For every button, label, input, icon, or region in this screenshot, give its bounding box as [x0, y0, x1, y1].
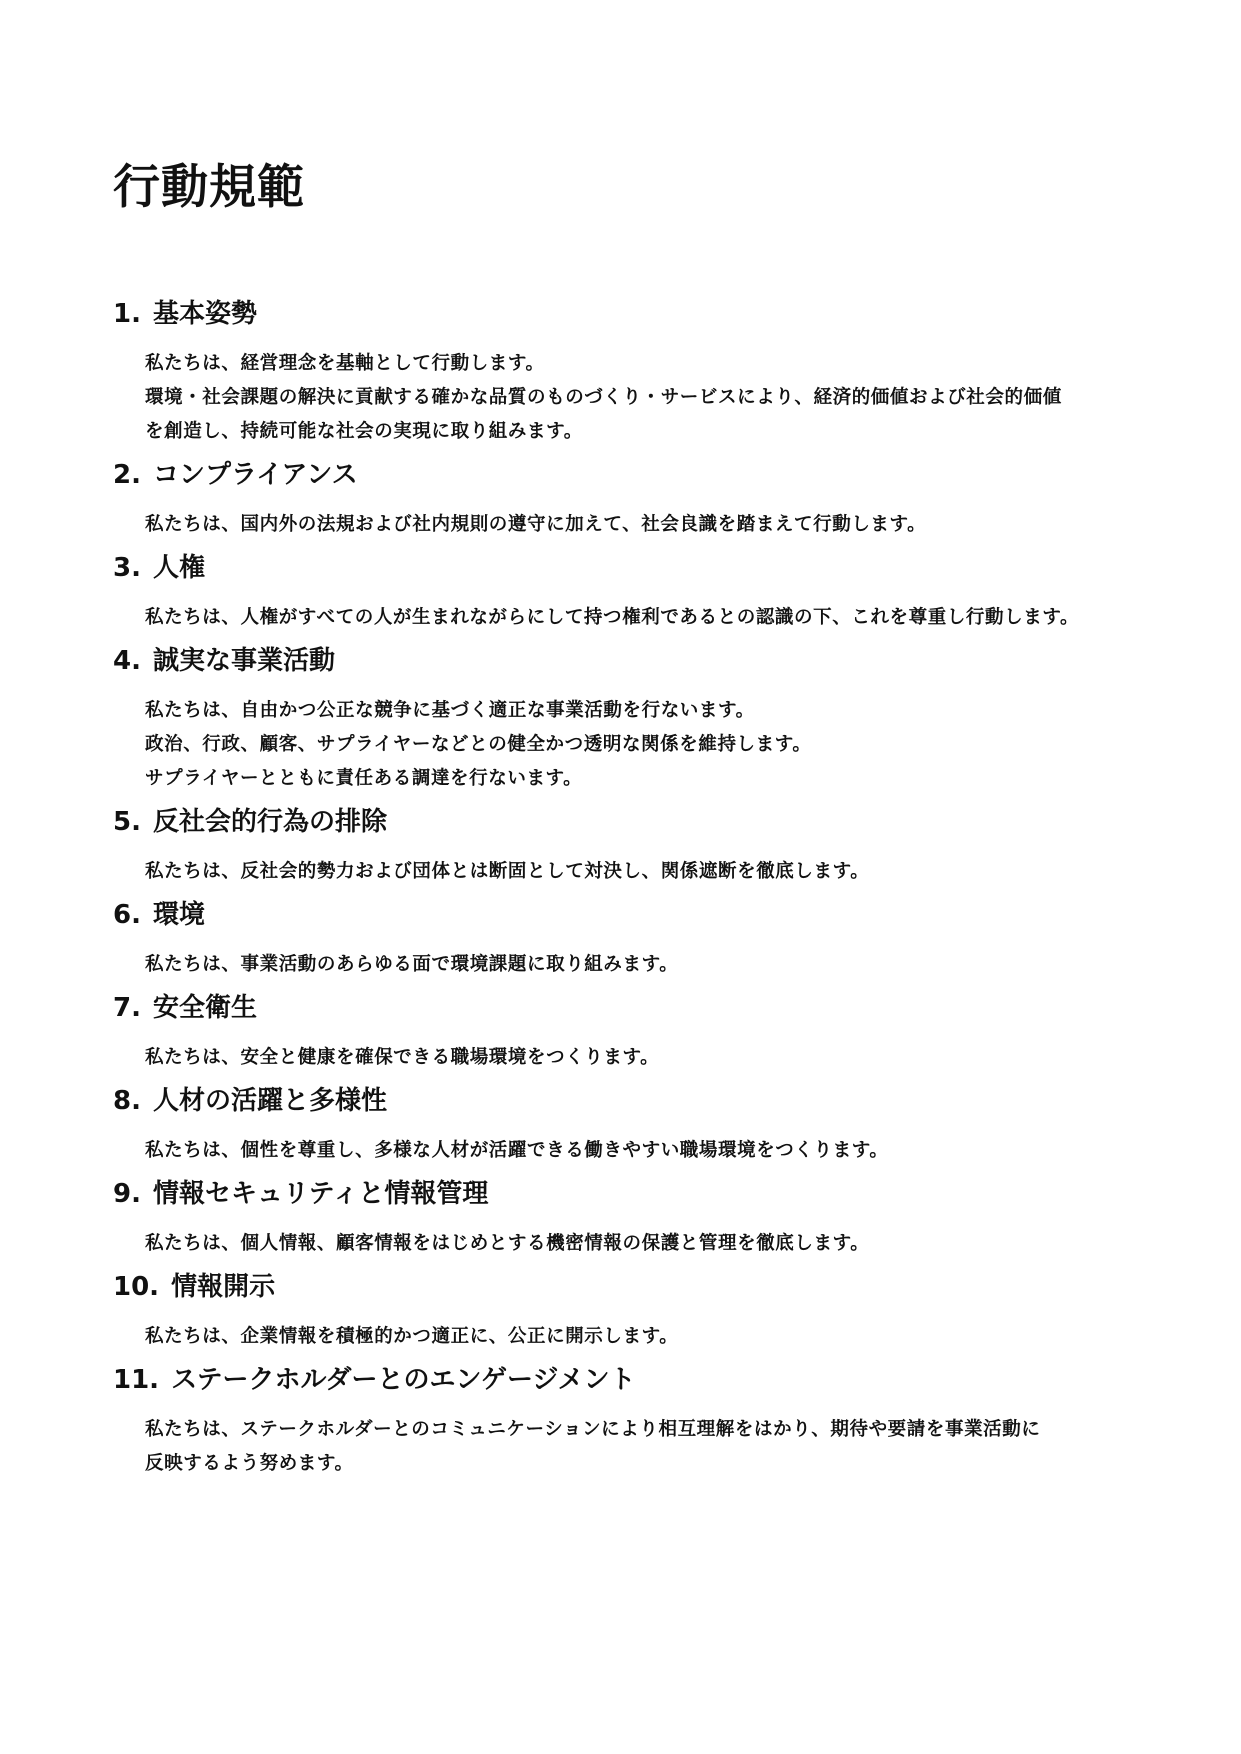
section-title: 環境 [153, 897, 205, 933]
section-body: 私たちは、国内外の法規および社内規則の遵守に加えて、社会良識を踏まえて行動します… [113, 508, 1153, 542]
section-honest-business: 4. 誠実な事業活動 私たちは、自由かつ公正な競争に基づく適正な事業活動を行ない… [113, 643, 1153, 796]
section-heading: 7. 安全衛生 [113, 990, 1153, 1026]
section-heading: 11. ステークホルダーとのエンゲージメント [113, 1362, 1153, 1398]
body-line: 政治、行政、顧客、サプライヤーなどとの健全かつ透明な関係を維持します。 [145, 728, 1153, 762]
section-title: 情報セキュリティと情報管理 [153, 1176, 488, 1212]
section-title: 反社会的行為の排除 [153, 804, 387, 840]
section-body: 私たちは、個人情報、顧客情報をはじめとする機密情報の保護と管理を徹底します。 [113, 1227, 1153, 1261]
section-body: 私たちは、人権がすべての人が生まれながらにして持つ権利であるとの認識の下、これを… [113, 601, 1153, 635]
body-line: 私たちは、人権がすべての人が生まれながらにして持つ権利であるとの認識の下、これを… [145, 601, 1153, 635]
section-number: 4. [113, 643, 141, 679]
body-line: 私たちは、安全と健康を確保できる職場環境をつくります。 [145, 1041, 1153, 1075]
section-title: コンプライアンス [153, 457, 358, 493]
section-title: 情報開示 [171, 1269, 275, 1305]
section-title: 誠実な事業活動 [153, 643, 335, 679]
section-compliance: 2. コンプライアンス 私たちは、国内外の法規および社内規則の遵守に加えて、社会… [113, 457, 1153, 542]
section-number: 11. [113, 1362, 159, 1398]
section-heading: 4. 誠実な事業活動 [113, 643, 1153, 679]
section-stakeholder-engagement: 11. ステークホルダーとのエンゲージメント 私たちは、ステークホルダーとのコミ… [113, 1362, 1153, 1481]
page-title: 行動規範 [113, 158, 305, 218]
body-line: 私たちは、個人情報、顧客情報をはじめとする機密情報の保護と管理を徹底します。 [145, 1227, 1153, 1261]
section-title: 人材の活躍と多様性 [153, 1083, 387, 1119]
body-line: 環境・社会課題の解決に貢献する確かな品質のものづくり・サービスにより、経済的価値… [145, 381, 1153, 415]
section-heading: 8. 人材の活躍と多様性 [113, 1083, 1153, 1119]
document-page: 行動規範 1. 基本姿勢 私たちは、経営理念を基軸として行動します。 環境・社会… [0, 0, 1241, 1754]
section-number: 8. [113, 1083, 141, 1119]
section-body: 私たちは、反社会的勢力および団体とは断固として対決し、関係遮断を徹底します。 [113, 855, 1153, 889]
section-information-security: 9. 情報セキュリティと情報管理 私たちは、個人情報、顧客情報をはじめとする機密… [113, 1176, 1153, 1261]
body-line: サプライヤーとともに責任ある調達を行ないます。 [145, 762, 1153, 796]
section-number: 3. [113, 550, 141, 586]
section-body: 私たちは、ステークホルダーとのコミュニケーションにより相互理解をはかり、期待や要… [113, 1413, 1153, 1481]
body-line: 私たちは、個性を尊重し、多様な人材が活躍できる働きやすい職場環境をつくります。 [145, 1134, 1153, 1168]
section-title: 基本姿勢 [153, 296, 257, 332]
section-human-rights: 3. 人権 私たちは、人権がすべての人が生まれながらにして持つ権利であるとの認識… [113, 550, 1153, 635]
section-heading: 6. 環境 [113, 897, 1153, 933]
section-body: 私たちは、安全と健康を確保できる職場環境をつくります。 [113, 1041, 1153, 1075]
section-disclosure: 10. 情報開示 私たちは、企業情報を積極的かつ適正に、公正に開示します。 [113, 1269, 1153, 1354]
section-heading: 3. 人権 [113, 550, 1153, 586]
body-line: 私たちは、反社会的勢力および団体とは断固として対決し、関係遮断を徹底します。 [145, 855, 1153, 889]
section-body: 私たちは、個性を尊重し、多様な人材が活躍できる働きやすい職場環境をつくります。 [113, 1134, 1153, 1168]
section-number: 10. [113, 1269, 159, 1305]
section-title: 人権 [153, 550, 205, 586]
section-body: 私たちは、経営理念を基軸として行動します。 環境・社会課題の解決に貢献する確かな… [113, 347, 1153, 449]
section-body: 私たちは、自由かつ公正な競争に基づく適正な事業活動を行ないます。 政治、行政、顧… [113, 694, 1153, 796]
section-number: 2. [113, 457, 141, 493]
section-heading: 9. 情報セキュリティと情報管理 [113, 1176, 1153, 1212]
section-talent-diversity: 8. 人材の活躍と多様性 私たちは、個性を尊重し、多様な人材が活躍できる働きやす… [113, 1083, 1153, 1168]
section-number: 7. [113, 990, 141, 1026]
body-line: 私たちは、経営理念を基軸として行動します。 [145, 347, 1153, 381]
section-number: 1. [113, 296, 141, 332]
section-number: 5. [113, 804, 141, 840]
body-line: 私たちは、ステークホルダーとのコミュニケーションにより相互理解をはかり、期待や要… [145, 1413, 1153, 1447]
body-line: 私たちは、自由かつ公正な競争に基づく適正な事業活動を行ないます。 [145, 694, 1153, 728]
section-number: 9. [113, 1176, 141, 1212]
body-line: 私たちは、国内外の法規および社内規則の遵守に加えて、社会良識を踏まえて行動します… [145, 508, 1153, 542]
section-health-safety: 7. 安全衛生 私たちは、安全と健康を確保できる職場環境をつくります。 [113, 990, 1153, 1075]
section-body: 私たちは、事業活動のあらゆる面で環境課題に取り組みます。 [113, 948, 1153, 982]
section-heading: 1. 基本姿勢 [113, 296, 1153, 332]
section-environment: 6. 環境 私たちは、事業活動のあらゆる面で環境課題に取り組みます。 [113, 897, 1153, 982]
section-title: 安全衛生 [153, 990, 257, 1026]
body-line: 私たちは、事業活動のあらゆる面で環境課題に取り組みます。 [145, 948, 1153, 982]
section-number: 6. [113, 897, 141, 933]
code-of-conduct-sections: 1. 基本姿勢 私たちは、経営理念を基軸として行動します。 環境・社会課題の解決… [113, 296, 1153, 1481]
section-basic-stance: 1. 基本姿勢 私たちは、経営理念を基軸として行動します。 環境・社会課題の解決… [113, 296, 1153, 449]
body-line: を創造し、持続可能な社会の実現に取り組みます。 [145, 415, 1153, 449]
section-heading: 2. コンプライアンス [113, 457, 1153, 493]
body-line: 私たちは、企業情報を積極的かつ適正に、公正に開示します。 [145, 1320, 1153, 1354]
section-heading: 10. 情報開示 [113, 1269, 1153, 1305]
body-line: 反映するよう努めます。 [145, 1447, 1153, 1481]
section-title: ステークホルダーとのエンゲージメント [171, 1362, 636, 1398]
section-body: 私たちは、企業情報を積極的かつ適正に、公正に開示します。 [113, 1320, 1153, 1354]
section-anti-social-exclusion: 5. 反社会的行為の排除 私たちは、反社会的勢力および団体とは断固として対決し、… [113, 804, 1153, 889]
section-heading: 5. 反社会的行為の排除 [113, 804, 1153, 840]
